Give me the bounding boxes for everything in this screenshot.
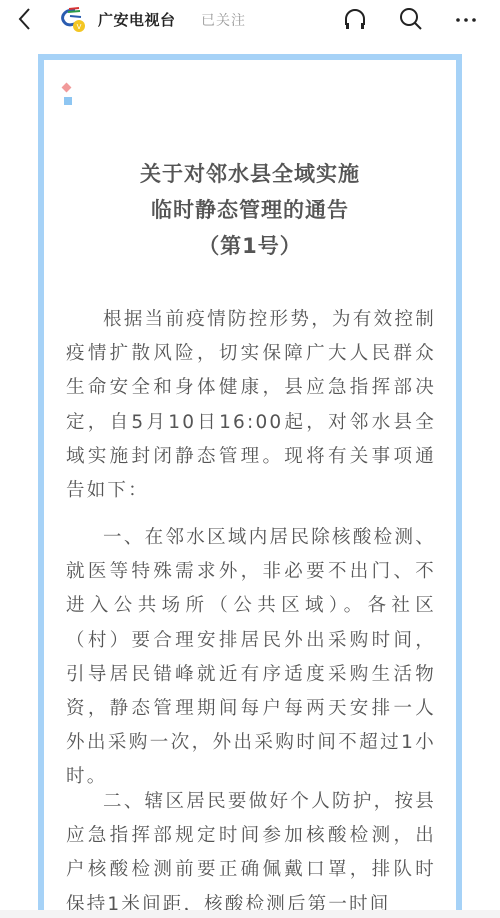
decorative-diamond-icon — [62, 83, 72, 93]
article-title: 关于对邻水县全域实施 临时静态管理的通告 （第1号） — [44, 156, 456, 264]
paragraph-item-2: 二、辖区居民要做好个人防护，按县应急指挥部规定时间参加核酸检测，出户核酸检测前要… — [66, 785, 436, 918]
title-line-1: 关于对邻水县全域实施 — [44, 156, 456, 192]
title-line-3: （第1号） — [44, 228, 456, 264]
svg-text:V: V — [77, 23, 82, 31]
back-chevron-icon[interactable] — [14, 6, 36, 32]
more-icon[interactable] — [452, 5, 480, 33]
paragraph-item-1: 一、在邻水区域内居民除核酸检测、就医等特殊需求外，非必要不出门、不进入公共场所（… — [66, 521, 436, 795]
guangan-tv-logo-icon[interactable]: V — [57, 5, 87, 33]
top-bar: V 广安电视台 已关注 — [0, 0, 500, 38]
search-icon[interactable] — [397, 5, 425, 33]
bottom-divider — [0, 910, 500, 918]
follow-status[interactable]: 已关注 — [201, 10, 246, 30]
headphones-icon[interactable] — [341, 5, 369, 33]
decorative-square-icon — [64, 97, 72, 105]
account-name[interactable]: 广安电视台 — [98, 9, 176, 30]
title-line-2: 临时静态管理的通告 — [44, 192, 456, 228]
article-frame: 关于对邻水县全域实施 临时静态管理的通告 （第1号） 根据当前疫情防控形势，为有… — [38, 54, 462, 916]
paragraph-intro: 根据当前疫情防控形势，为有效控制疫情扩散风险，切实保障广大人民群众生命安全和身体… — [66, 303, 436, 508]
